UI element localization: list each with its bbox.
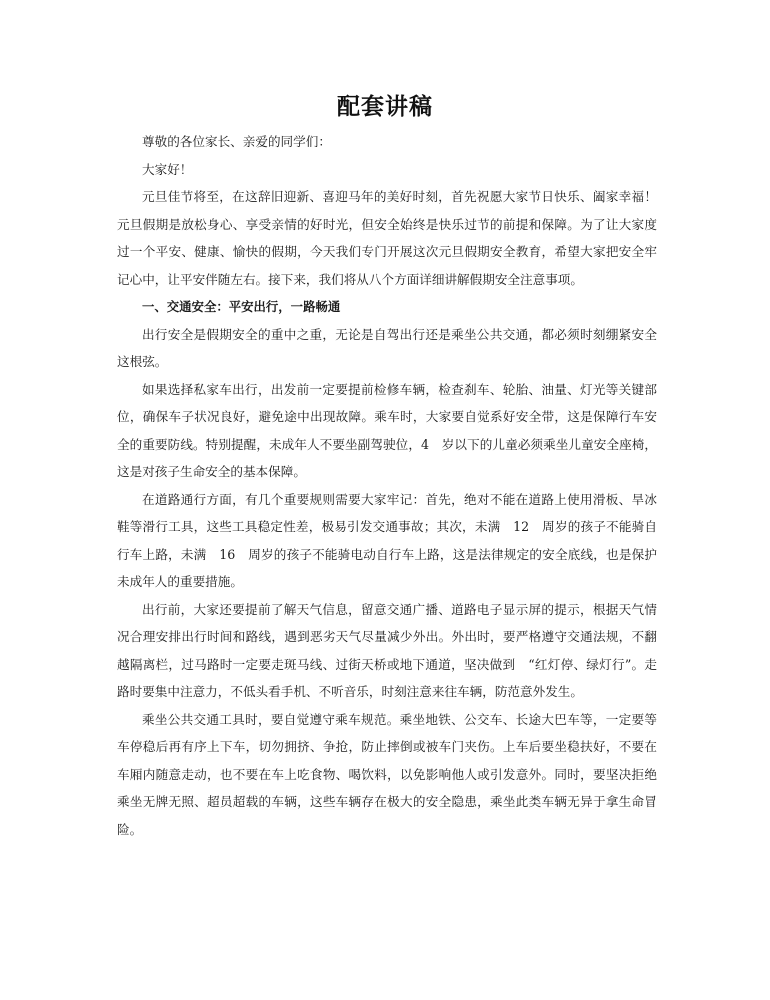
- body-paragraph: 在道路通行方面，有几个重要规则需要大家牢记：首先，绝对不能在道路上使用滑板、旱冰…: [117, 486, 657, 596]
- body-paragraph: 出行前，大家还要提前了解天气信息，留意交通广播、道路电子显示屏的提示，根据天气情…: [117, 596, 657, 706]
- section-heading: 一、交通安全：平安出行，一路畅通: [117, 293, 657, 321]
- body-paragraph: 出行安全是假期安全的重中之重，无论是自驾出行还是乘坐公共交通，都必须时刻绷紧安全…: [117, 321, 657, 376]
- document-body: 尊敬的各位家长、亲爱的同学们： 大家好！ 元旦佳节将至，在这辞旧迎新、喜迎马年的…: [117, 128, 657, 843]
- document-page: 配套讲稿 尊敬的各位家长、亲爱的同学们： 大家好！ 元旦佳节将至，在这辞旧迎新、…: [0, 0, 770, 1000]
- body-paragraph: 如果选择私家车出行，出发前一定要提前检修车辆，检查刹车、轮胎、油量、灯光等关键部…: [117, 376, 657, 486]
- greeting: 大家好！: [117, 156, 657, 184]
- salutation: 尊敬的各位家长、亲爱的同学们：: [117, 128, 657, 156]
- intro-paragraph: 元旦佳节将至，在这辞旧迎新、喜迎马年的美好时刻，首先祝愿大家节日快乐、阖家幸福！…: [117, 183, 657, 293]
- body-paragraph: 乘坐公共交通工具时，要自觉遵守乘车规范。乘坐地铁、公交车、长途大巴车等，一定要等…: [117, 706, 657, 844]
- page-title: 配套讲稿: [0, 88, 770, 121]
